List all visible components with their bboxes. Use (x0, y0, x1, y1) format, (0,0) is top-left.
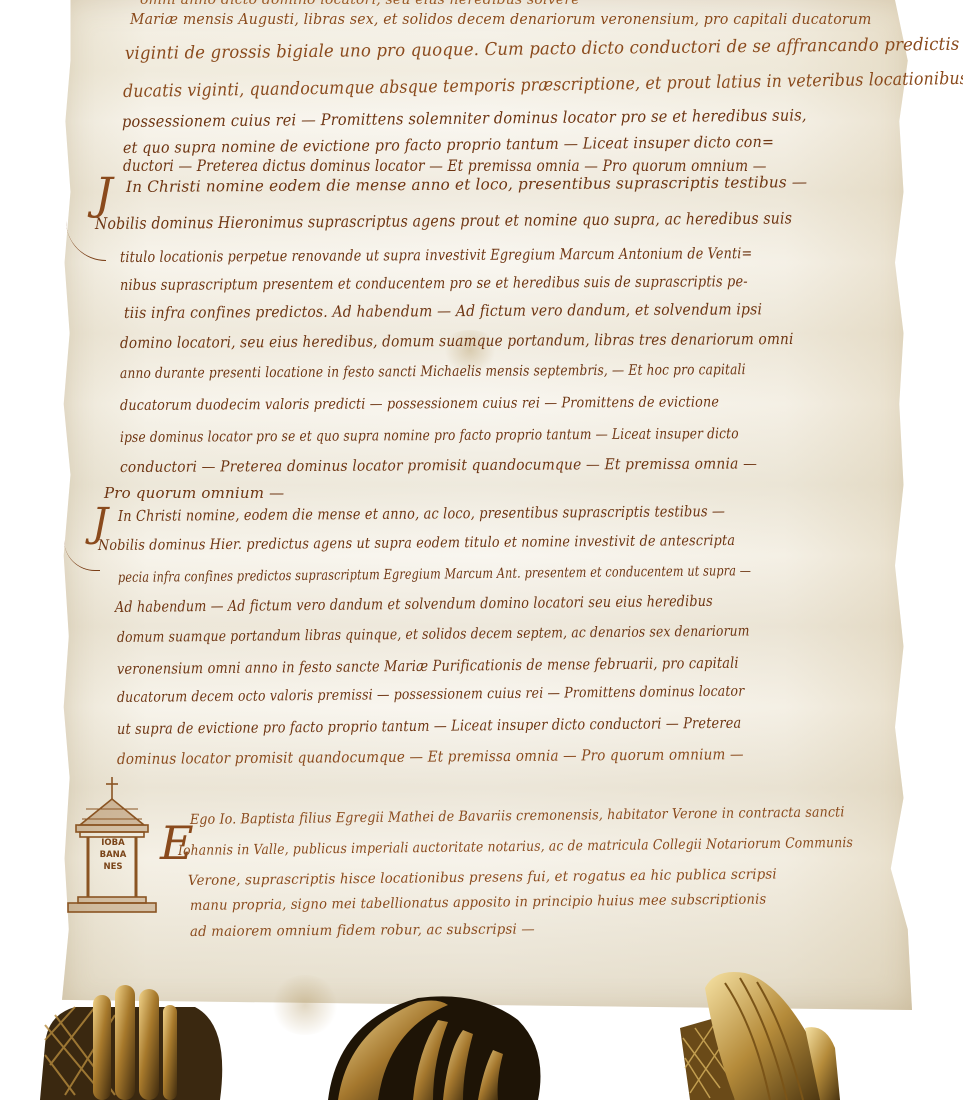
brass-clip-left (35, 985, 235, 1100)
notary-line: ad maiorem omnium fidem robur, ac subscr… (190, 921, 535, 940)
manuscript-line: tiis infra confines predictos. Ad habend… (124, 300, 762, 322)
manuscript-line: nibus suprascriptum presentem et conduce… (120, 272, 748, 294)
brass-hand-icon (318, 990, 578, 1100)
decorated-initial-i: J (95, 173, 113, 217)
manuscript-line: omni anno dicto domino locatori, seu eiu… (140, 0, 580, 8)
manuscript-line: conductori — Preterea dominus locator pr… (120, 454, 757, 476)
brass-clip-center (318, 990, 578, 1100)
signum-line: NES (96, 861, 130, 873)
signum-line: IOBA (96, 837, 130, 849)
manuscript-line: Mariæ mensis Augusti, libras sex, et sol… (130, 12, 872, 28)
brass-clip-right (675, 968, 855, 1100)
signum-inscription: IOBA BANA NES (96, 837, 130, 873)
manuscript-line: Pro quorum omnium — (104, 484, 284, 502)
manuscript-line: ductori — Preterea dictus dominus locato… (123, 157, 767, 175)
signum-line: BANA (96, 849, 130, 861)
brass-hand-icon (675, 968, 855, 1100)
notary-signum: IOBA BANA NES (66, 775, 158, 920)
brass-hand-icon (35, 985, 235, 1100)
